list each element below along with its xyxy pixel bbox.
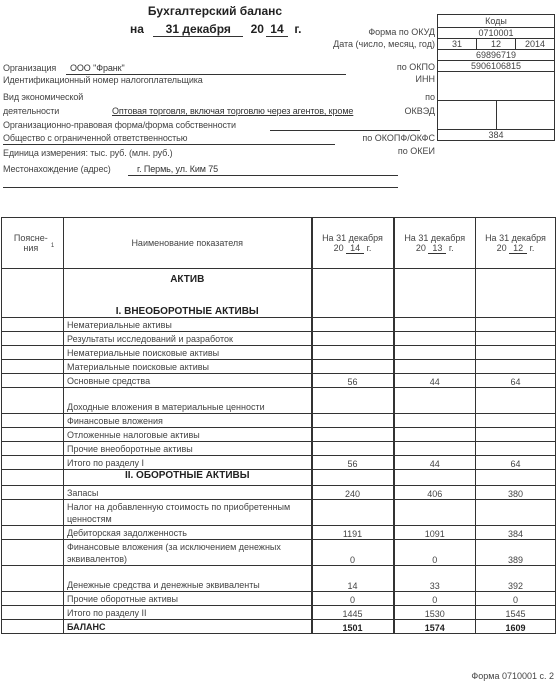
note-cell (2, 427, 64, 441)
note-sup: 1 (51, 243, 54, 249)
document-title: Бухгалтерский баланс (0, 4, 430, 18)
note-header-text: Поясне-ния (11, 233, 51, 253)
row-name: Результаты исследований и разработок (64, 331, 312, 345)
value-cell-2014: 1445 (312, 605, 394, 619)
row-name: Итого по разделу I (64, 455, 312, 469)
note-cell (2, 331, 64, 345)
col-header-name: Наименование показателя (64, 218, 312, 269)
value-cell-2014: 1191 (312, 525, 394, 539)
value-cell-2014 (312, 427, 394, 441)
table-row: Нематериальные поисковые активы (2, 345, 556, 359)
value-cell-2013: 44 (394, 455, 476, 469)
row-name: Налог на добавленную стоимость по приобр… (64, 499, 312, 525)
value-cell-2013 (394, 317, 476, 331)
table-row: Налог на добавленную стоимость по приобр… (2, 499, 556, 525)
unit-label: Единица измерения: тыс. руб. (млн. руб.) (3, 148, 173, 158)
table-row: Прочие оборотные активы000 (2, 591, 556, 605)
value-cell-2013: 0 (394, 539, 476, 565)
legal-form-label: Организационно-правовая форма/форма собс… (3, 120, 236, 130)
col2-prefix: 20 (416, 243, 426, 253)
value-cell-2013 (394, 359, 476, 373)
organization-value: ООО "Франк" (70, 63, 125, 73)
col3-suffix: г. (530, 243, 535, 253)
okopf-label: по ОКОПФ/ОКФС (362, 133, 435, 143)
table-row: Запасы240406380 (2, 485, 556, 499)
date-month-value: 12 (476, 39, 515, 49)
okei-value: 384 (438, 130, 554, 140)
value-cell-2012 (476, 413, 556, 427)
value-cell-2012: 380 (476, 485, 556, 499)
table-row: Финансовые вложения (за исключением дене… (2, 539, 556, 565)
row-name: Отложенные налоговые активы (64, 427, 312, 441)
value-cell-2014: 0 (312, 591, 394, 605)
form-footer: Форма 0710001 с. 2 (471, 671, 554, 681)
table-row: Материальные поисковые активы (2, 359, 556, 373)
table-row: Основные средства564464 (2, 373, 556, 387)
codes-header-text: Коды (438, 15, 554, 27)
col1-line1: На 31 декабря (316, 233, 390, 243)
row-name: Прочие оборотные активы (64, 591, 312, 605)
value-cell-2014: 1501 (312, 619, 394, 633)
value-cell-2014 (312, 413, 394, 427)
organization-label: Организация (3, 63, 56, 73)
col3-prefix: 20 (497, 243, 507, 253)
value-cell-2012 (476, 427, 556, 441)
col-header-note: Поясне-ния1 (2, 218, 64, 269)
value-cell-2012: 1609 (476, 619, 556, 633)
year-prefix: 20 (251, 22, 264, 36)
value-cell-2014 (312, 359, 394, 373)
okopf-value (438, 101, 496, 129)
value-cell-2013: 1530 (394, 605, 476, 619)
balance-table: Поясне-ния1 Наименование показателя На 3… (1, 217, 556, 634)
note-cell (2, 455, 64, 469)
section-2-row: II. ОБОРОТНЫЕ АКТИВЫ (2, 469, 556, 485)
value-cell-2012 (476, 387, 556, 413)
code-date: 31 12 2014 (438, 38, 554, 49)
legal-form-value-underline (3, 144, 335, 145)
value-cell-2012 (476, 317, 556, 331)
value-cell-2013: 33 (394, 565, 476, 591)
row-name: Нематериальные поисковые активы (64, 345, 312, 359)
value-cell (312, 469, 394, 485)
note-cell (2, 605, 64, 619)
inn-full-label: Идентификационный номер налогоплательщик… (3, 75, 203, 85)
note-cell (2, 373, 64, 387)
balance-row: БАЛАНС150115741609 (2, 619, 556, 633)
section-assets-row: АКТИВ (2, 269, 556, 291)
okpo-label: по ОКПО (397, 62, 435, 72)
col2-year: 13 (428, 243, 446, 254)
row-name: БАЛАНС (64, 619, 312, 633)
okud-value: 0710001 (438, 28, 554, 38)
note-cell (2, 413, 64, 427)
value-cell-2014 (312, 441, 394, 455)
row-name: Доходные вложения в материальные ценност… (64, 387, 312, 413)
section-1-title: I. ВНЕОБОРОТНЫЕ АКТИВЫ (64, 291, 312, 317)
table-row: Отложенные налоговые активы (2, 427, 556, 441)
codes-box: Коды 0710001 31 12 2014 69896719 5906106… (437, 14, 555, 141)
value-cell-2012: 0 (476, 591, 556, 605)
value-cell-2013: 0 (394, 591, 476, 605)
value-cell-2013: 406 (394, 485, 476, 499)
col3-year: 12 (509, 243, 527, 254)
value-cell (394, 469, 476, 485)
row-name: Запасы (64, 485, 312, 499)
col-header-2014: На 31 декабря 20 14 г. (312, 218, 394, 269)
legal-form-underline (270, 130, 420, 131)
value-cell-2013 (394, 387, 476, 413)
col-header-2012: На 31 декабря 20 12 г. (476, 218, 556, 269)
location-label: Местонахождение (адрес) (3, 164, 111, 174)
code-okpo: 69896719 (438, 49, 554, 60)
col1-suffix: г. (367, 243, 372, 253)
row-name: Материальные поисковые активы (64, 359, 312, 373)
value-cell-2013 (394, 345, 476, 359)
value-cell-2013 (394, 427, 476, 441)
note-cell (2, 317, 64, 331)
location-extra-line (3, 187, 398, 188)
table-row: Денежные средства и денежные эквиваленты… (2, 565, 556, 591)
value-cell (476, 269, 556, 318)
value-cell-2012: 384 (476, 525, 556, 539)
note-cell (2, 441, 64, 455)
value-cell-2014: 240 (312, 485, 394, 499)
value-cell-2012 (476, 359, 556, 373)
inn-value: 5906106815 (438, 61, 554, 71)
okpo-value: 69896719 (438, 50, 554, 60)
value-cell-2013 (394, 331, 476, 345)
table-row: Итого по разделу I564464 (2, 455, 556, 469)
note-cell (2, 539, 64, 565)
table-header-row: Поясне-ния1 Наименование показателя На 3… (2, 218, 556, 269)
value-cell-2012 (476, 331, 556, 345)
value-cell (394, 269, 476, 318)
note-cell (2, 619, 64, 633)
row-name: Финансовые вложения (64, 413, 312, 427)
code-okved (438, 71, 554, 100)
table-row: Дебиторская задолженность11911091384 (2, 525, 556, 539)
inn-label: ИНН (416, 74, 435, 84)
value-cell-2014 (312, 499, 394, 525)
section-2-title: II. ОБОРОТНЫЕ АКТИВЫ (64, 469, 312, 485)
note-cell (2, 565, 64, 591)
col1-year: 14 (346, 243, 364, 254)
value-cell-2014 (312, 317, 394, 331)
okved-po-label: по (425, 92, 435, 102)
year-value: 14 (266, 22, 288, 37)
section-assets: АКТИВ (64, 269, 312, 291)
okei-label: по ОКЕИ (398, 146, 435, 156)
code-okud: 0710001 (438, 27, 554, 38)
table-body: АКТИВ I. ВНЕОБОРОТНЫЕ АКТИВЫ Нематериаль… (2, 269, 556, 634)
value-cell-2014 (312, 387, 394, 413)
note-cell (2, 591, 64, 605)
code-inn: 5906106815 (438, 60, 554, 71)
note-cell (2, 269, 64, 318)
date-day-month: 31 декабря (153, 22, 243, 37)
value-cell-2012 (476, 345, 556, 359)
value-cell-2012 (476, 441, 556, 455)
location-underline (128, 175, 398, 176)
value-cell-2014 (312, 345, 394, 359)
date-label: Дата (число, месяц, год) (333, 39, 435, 49)
value-cell-2014: 14 (312, 565, 394, 591)
note-cell (2, 387, 64, 413)
activity-value: Оптовая торговля, включая торговлю через… (112, 106, 353, 116)
col2-suffix: г. (449, 243, 454, 253)
report-date: на 31 декабря 2014 г. (130, 22, 301, 37)
col1-prefix: 20 (334, 243, 344, 253)
date-year-value: 2014 (515, 39, 554, 49)
year-suffix: г. (294, 22, 301, 36)
date-day-value: 31 (438, 39, 476, 49)
activity-label-2: деятельности (3, 106, 59, 116)
codes-header: Коды (438, 15, 554, 27)
value-cell-2012: 64 (476, 455, 556, 469)
col2-line1: На 31 декабря (398, 233, 473, 243)
value-cell-2012: 389 (476, 539, 556, 565)
value-cell-2013: 1574 (394, 619, 476, 633)
row-name: Основные средства (64, 373, 312, 387)
col-header-2013: На 31 декабря 20 13 г. (394, 218, 476, 269)
note-cell (2, 485, 64, 499)
okved-value (438, 72, 554, 100)
table-row: Прочие внеоборотные активы (2, 441, 556, 455)
activity-label-1: Вид экономической (3, 92, 83, 102)
row-name: Прочие внеоборотные активы (64, 441, 312, 455)
value-cell-2013 (394, 413, 476, 427)
table-row: Финансовые вложения (2, 413, 556, 427)
row-name: Нематериальные активы (64, 317, 312, 331)
value-cell-2014 (312, 331, 394, 345)
col3-line1: На 31 декабря (479, 233, 552, 243)
row-name: Денежные средства и денежные эквиваленты (64, 565, 312, 591)
table-row: Итого по разделу II144515301545 (2, 605, 556, 619)
location-value: г. Пермь, ул. Ким 75 (137, 164, 218, 174)
value-cell-2014: 56 (312, 373, 394, 387)
table-row: Результаты исследований и разработок (2, 331, 556, 345)
value-cell-2013: 44 (394, 373, 476, 387)
value-cell-2013 (394, 441, 476, 455)
value-cell-2012: 392 (476, 565, 556, 591)
okud-label: Форма по ОКУД (368, 27, 435, 37)
table-row: Доходные вложения в материальные ценност… (2, 387, 556, 413)
value-cell-2012: 1545 (476, 605, 556, 619)
value-cell-2014: 0 (312, 539, 394, 565)
note-cell (2, 359, 64, 373)
row-name: Финансовые вложения (за исключением дене… (64, 539, 312, 565)
row-name: Итого по разделу II (64, 605, 312, 619)
value-cell-2013 (394, 499, 476, 525)
row-name: Дебиторская задолженность (64, 525, 312, 539)
value-cell-2012 (476, 499, 556, 525)
value-cell-2014: 56 (312, 455, 394, 469)
okved-label: ОКВЭД (404, 106, 435, 116)
value-cell-2012: 64 (476, 373, 556, 387)
value-cell-2013: 1091 (394, 525, 476, 539)
okfs-value (496, 101, 555, 129)
value-cell (476, 469, 556, 485)
code-okopf (438, 100, 554, 129)
note-cell (2, 469, 64, 485)
note-cell (2, 499, 64, 525)
value-cell (312, 269, 394, 318)
table-row: Нематериальные активы (2, 317, 556, 331)
date-prefix: на (130, 22, 144, 36)
code-okei: 384 (438, 129, 554, 140)
legal-form-value: Общество с ограниченной ответственностью (3, 133, 187, 143)
note-cell (2, 345, 64, 359)
note-cell (2, 525, 64, 539)
